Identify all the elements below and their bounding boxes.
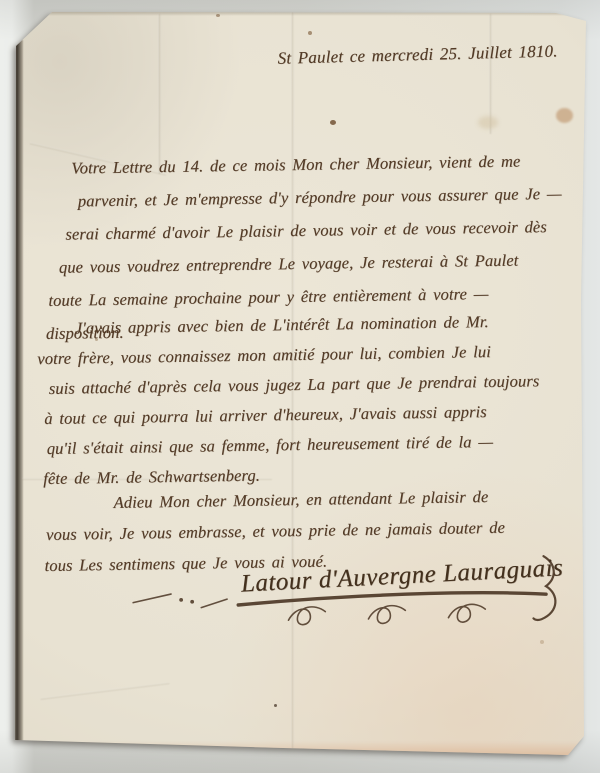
paragraph-2: J'avais appris avec bien de L'intérêt La… [37,306,541,494]
letter-ink-layer: St Paulet ce mercredi 25. Juillet 1810. … [0,0,600,773]
paraph-dashes [131,581,231,613]
signature-flourish [227,548,563,648]
photo-backdrop: St Paulet ce mercredi 25. Juillet 1810. … [0,0,600,773]
dateline: St Paulet ce mercredi 25. Juillet 1810. [277,41,558,68]
letter-paper: St Paulet ce mercredi 25. Juillet 1810. … [0,0,600,773]
letter-photograph: St Paulet ce mercredi 25. Juillet 1810. … [0,0,600,773]
